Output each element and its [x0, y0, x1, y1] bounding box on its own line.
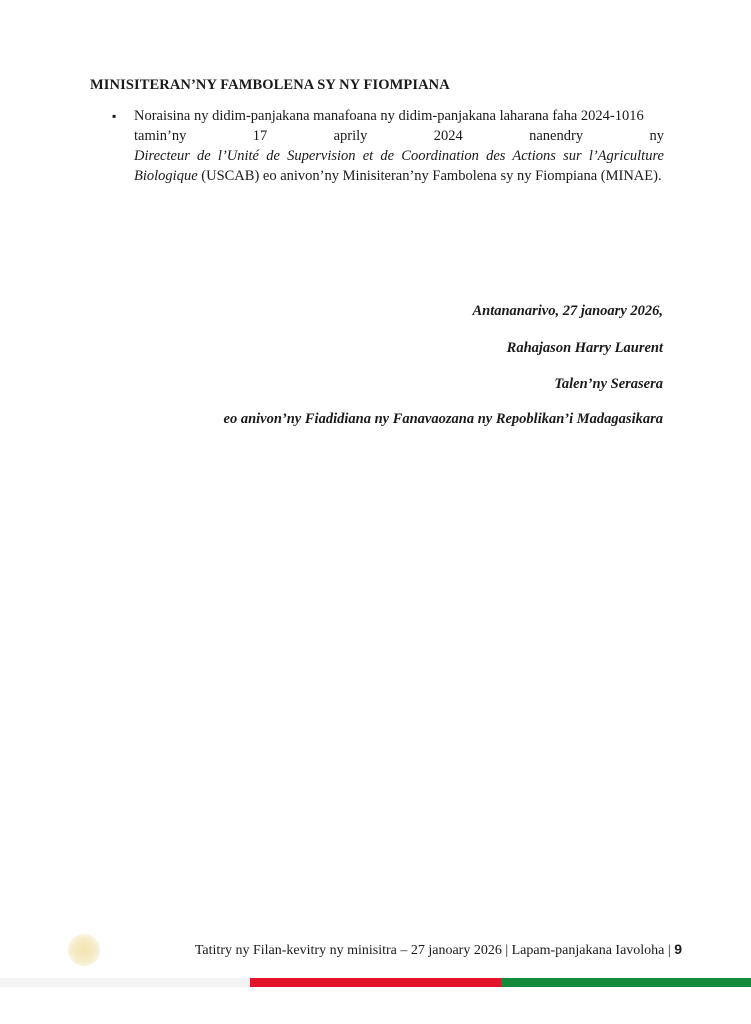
bullet-icon: ▪	[112, 106, 116, 126]
signature-name: Rahajason Harry Laurent	[507, 340, 663, 357]
item-text: Noraisina ny didim-panjakana manafoana n…	[134, 106, 664, 186]
signature-place-date: Antananarivo, 27 janoary 2026,	[472, 303, 663, 320]
flag-bar	[0, 978, 751, 987]
page-number: 9	[674, 941, 682, 957]
item-rest: (USCAB) eo anivon’ny Minisiteran’ny Famb…	[198, 168, 662, 184]
item-line-2: tamin’ny 17 aprily 2024 nanendry ny	[134, 126, 664, 146]
section-heading: MINISITERAN’NY FAMBOLENA SY NY FIOMPIANA	[90, 77, 450, 94]
signature-affiliation: eo anivon’ny Fiadidiana ny Fanavaozana n…	[224, 411, 663, 428]
list-item: ▪ Noraisina ny didim-panjakana manafoana…	[112, 106, 664, 186]
signature-title: Talen’ny Serasera	[554, 376, 663, 393]
flag-red	[250, 978, 500, 987]
flag-white	[0, 978, 250, 987]
flag-green	[501, 978, 751, 987]
presidency-emblem-icon	[68, 934, 100, 966]
item-line-1: Noraisina ny didim-panjakana manafoana n…	[134, 106, 664, 126]
footer-text: Tatitry ny Filan-kevitry ny minisitra – …	[195, 941, 682, 959]
